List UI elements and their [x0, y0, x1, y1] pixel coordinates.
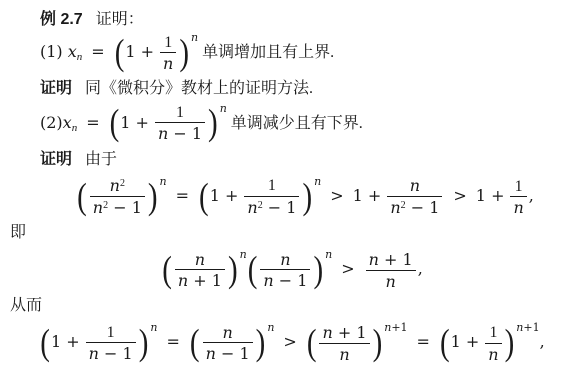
- paren-group: (1 + 1n − 1)n: [109, 115, 227, 132]
- numerator: n: [175, 251, 225, 269]
- numerator: n: [260, 251, 310, 269]
- left-paren: (: [115, 35, 125, 72]
- numerator: 1: [485, 324, 501, 342]
- var-n: n: [89, 344, 99, 363]
- one-plus: 1 +: [210, 186, 239, 205]
- right-paren: ): [139, 325, 149, 362]
- one-plus: 1 +: [120, 113, 149, 132]
- item-2-number: (2): [40, 113, 63, 132]
- right-paren: ): [179, 35, 189, 72]
- equation-1: (n2n2 − 1)n = (1 + 1n2 − 1)n > 1 + nn2 −…: [0, 175, 570, 218]
- greater-than-sign: >: [453, 186, 466, 205]
- exponent-n-plus-1: n+1: [516, 322, 539, 334]
- exponent-n: n: [220, 102, 227, 115]
- proof-2-label: 证明: [40, 151, 72, 168]
- fraction: 1n2 − 1: [244, 177, 299, 217]
- denominator: n − 1: [203, 342, 253, 363]
- equation-3: (1 + 1n − 1)n = (nn − 1)n > (n + 1n)n+1 …: [0, 321, 570, 363]
- numerator: 1: [510, 178, 526, 196]
- fraction: n + 1n: [366, 251, 416, 291]
- one-plus: 1 +: [51, 332, 80, 351]
- example-heading: 例 2.7证明：: [40, 6, 570, 29]
- var-n: n: [93, 198, 103, 217]
- item-2-text: 单调减少且有下界.: [231, 115, 363, 132]
- equals-sign: =: [91, 42, 104, 61]
- minus-one: − 1: [216, 344, 250, 363]
- item-1-text: 单调增加且有上界.: [202, 44, 334, 61]
- connector-text: 从而: [10, 297, 42, 314]
- numerator: 1: [160, 34, 176, 52]
- exponent-n: n: [267, 321, 274, 334]
- paren-group: (1 + 1n)n+1: [439, 334, 540, 351]
- one-plus: 1 +: [125, 42, 154, 61]
- denominator: n − 1: [260, 269, 310, 290]
- left-paren: (: [110, 105, 120, 142]
- exponent-n: n: [191, 31, 198, 44]
- fraction: 1n: [485, 324, 501, 363]
- numerator: 1: [86, 324, 136, 342]
- connector-conger: 从而: [10, 292, 570, 315]
- right-paren: ): [228, 252, 238, 289]
- denominator: n2 − 1: [244, 196, 299, 217]
- left-paren: (: [40, 325, 50, 362]
- right-paren: ): [148, 178, 158, 215]
- exponent-n-plus-1: n+1: [384, 322, 407, 334]
- paren-group: (1 + 1n2 − 1)n: [198, 188, 321, 205]
- one-plus: 1 +: [353, 186, 382, 205]
- plus-one: + 1: [379, 250, 413, 269]
- numerator: 1: [244, 177, 299, 195]
- sup-two: 2: [120, 178, 125, 189]
- minus-one: − 1: [108, 198, 142, 217]
- heading-text: 证明：: [96, 11, 144, 28]
- var-x: x: [68, 42, 77, 61]
- denominator: n2 − 1: [90, 196, 145, 217]
- left-paren: (: [307, 325, 317, 362]
- right-paren: ): [208, 105, 218, 142]
- exponent-n: n: [240, 248, 247, 261]
- comma: ,: [418, 259, 423, 278]
- plus-one-tight: +1: [523, 321, 539, 334]
- left-paren: (: [77, 178, 87, 215]
- minus-one: − 1: [99, 344, 133, 363]
- numerator: n + 1: [366, 251, 416, 270]
- fraction: nn2 − 1: [387, 177, 442, 217]
- greater-than-sign: >: [330, 186, 343, 205]
- paren-group: (n2n2 − 1)n: [76, 188, 167, 205]
- numerator: n: [387, 177, 442, 195]
- paren-group: (1 + 1n − 1)n: [39, 334, 157, 351]
- minus-one: − 1: [168, 124, 202, 143]
- denominator: n: [160, 52, 176, 72]
- plus-one: + 1: [333, 323, 367, 342]
- numerator: n: [203, 324, 253, 342]
- one-plus: 1 +: [476, 186, 505, 205]
- left-paren: (: [199, 178, 209, 215]
- comma: ,: [540, 332, 545, 351]
- var-n: n: [369, 250, 379, 269]
- left-paren: (: [248, 252, 258, 289]
- plus-one-tight: +1: [391, 321, 407, 334]
- plus-one: + 1: [188, 271, 222, 290]
- denominator: n: [366, 270, 416, 290]
- var-n: n: [178, 271, 188, 290]
- right-paren: ): [302, 178, 312, 215]
- equals-sign: =: [86, 113, 99, 132]
- equation-2: (nn + 1)n(nn − 1)n > n + 1n,: [0, 248, 570, 290]
- proof-1-text: 同《微积分》教材上的证明方法.: [85, 80, 313, 97]
- var-x: x: [63, 113, 72, 132]
- connector-text: 即: [10, 224, 26, 241]
- fraction: n2n2 − 1: [90, 177, 145, 218]
- var-n: n: [390, 198, 400, 217]
- item-1-number: (1): [40, 42, 68, 61]
- greater-than-sign: >: [341, 259, 354, 278]
- exponent-n: n: [325, 248, 332, 261]
- paren-group: (nn + 1)n: [161, 261, 247, 278]
- proof-2-text: 由于: [85, 151, 117, 168]
- fraction: n + 1n: [319, 324, 369, 364]
- minus-one: − 1: [406, 198, 440, 217]
- sub-n: n: [72, 122, 78, 134]
- denominator: n − 1: [155, 122, 205, 143]
- var-n: n: [206, 344, 216, 363]
- fraction: 1n: [160, 34, 176, 73]
- item-2: (2)xn = (1 + 1n − 1)n 单调减少且有下界.: [40, 102, 570, 144]
- example-label: 例 2.7: [40, 11, 83, 28]
- proof-1: 证明同《微积分》教材上的证明方法.: [40, 75, 570, 98]
- numerator: n + 1: [319, 324, 369, 343]
- minus-one: − 1: [263, 198, 297, 217]
- item-1: (1) xn = (1 + 1n)n 单调增加且有上界.: [40, 31, 570, 73]
- greater-than-sign: >: [283, 332, 296, 351]
- equals-sign: =: [166, 332, 179, 351]
- fraction: nn − 1: [203, 324, 253, 364]
- connector-ji: 即: [10, 219, 570, 242]
- right-paren: ): [373, 325, 383, 362]
- var-n: n: [322, 323, 332, 342]
- denominator: n − 1: [86, 342, 136, 363]
- paren-group: (1 + 1n)n: [114, 44, 198, 61]
- exponent-n: n: [160, 175, 167, 188]
- numerator: n2: [90, 177, 145, 196]
- one-plus: 1 +: [451, 332, 480, 351]
- var-n: n: [247, 198, 257, 217]
- right-paren: ): [313, 252, 323, 289]
- denominator: n + 1: [175, 269, 225, 290]
- right-paren: ): [505, 325, 515, 362]
- denominator: n: [510, 196, 526, 216]
- fraction: 1n − 1: [86, 324, 136, 364]
- sub-n: n: [77, 51, 83, 63]
- document-page: 例 2.7证明： (1) xn = (1 + 1n)n 单调增加且有上界. 证明…: [0, 0, 570, 363]
- minus-one: − 1: [274, 271, 308, 290]
- comma: ,: [529, 186, 534, 205]
- fraction: nn − 1: [260, 251, 310, 291]
- left-paren: (: [162, 252, 172, 289]
- var-n: n: [110, 176, 120, 195]
- paren-group: (n + 1n)n+1: [306, 334, 408, 351]
- var-n: n: [263, 271, 273, 290]
- equals-sign: =: [176, 186, 189, 205]
- right-paren: ): [256, 325, 266, 362]
- left-paren: (: [440, 325, 450, 362]
- fraction: 1n: [510, 178, 526, 217]
- left-paren: (: [190, 325, 200, 362]
- fraction: 1n − 1: [155, 104, 205, 144]
- paren-group: (nn − 1)n: [247, 261, 333, 278]
- equals-sign: =: [417, 332, 430, 351]
- denominator: n2 − 1: [387, 196, 442, 217]
- var-n: n: [158, 124, 168, 143]
- proof-2: 证明由于: [40, 146, 570, 169]
- paren-group: (nn − 1)n: [189, 334, 275, 351]
- denominator: n: [319, 343, 369, 363]
- proof-1-label: 证明: [40, 80, 72, 97]
- denominator: n: [485, 343, 501, 363]
- exponent-n: n: [150, 321, 157, 334]
- numerator: 1: [155, 104, 205, 122]
- fraction: nn + 1: [175, 251, 225, 291]
- exponent-n: n: [314, 175, 321, 188]
